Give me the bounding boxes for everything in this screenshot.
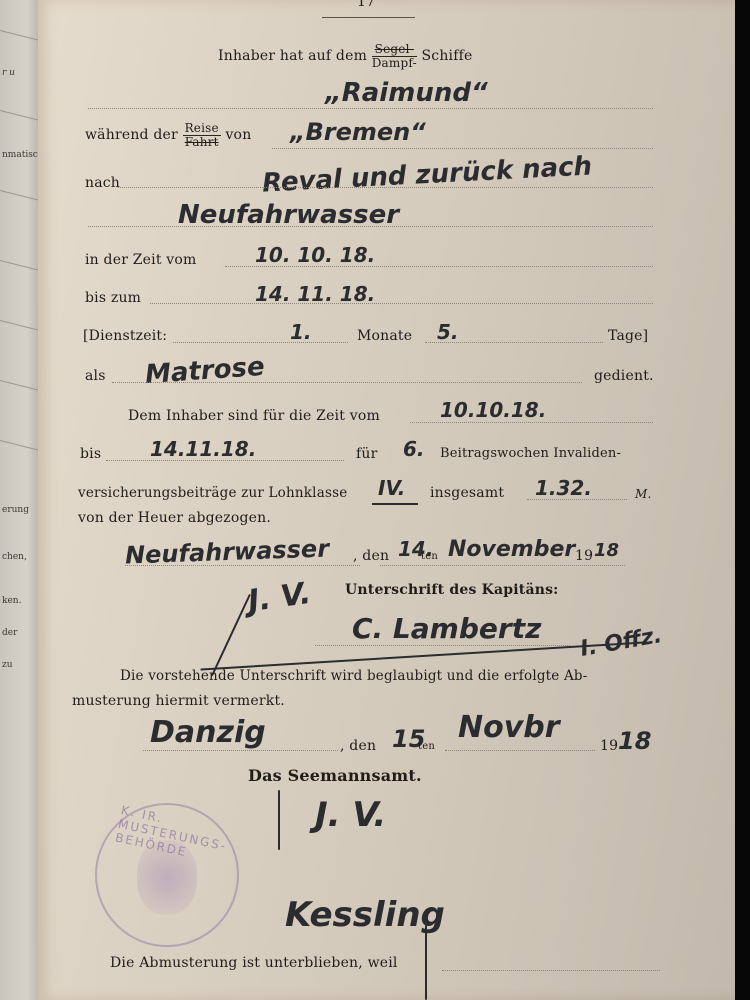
destination-label: nach [85, 175, 120, 191]
service-days-value: 5. [437, 320, 459, 344]
voyage-from-value: „Bremen“ [290, 118, 426, 146]
official-stamp: K. IR. MUSTERUNGS-BEHÖRDE [95, 803, 239, 947]
insurance-class-underline [372, 503, 418, 505]
ship-name: „Raimund“ [325, 78, 488, 108]
not-discharged-dotted-line [442, 970, 660, 971]
voyage-reise: Reise [183, 122, 221, 136]
served-as-suffix: gedient. [594, 368, 654, 384]
facing-page-rule [0, 320, 38, 331]
not-discharged-label: Die Abmusterung ist unterblieben, weil [110, 955, 398, 971]
facing-page-rule [0, 30, 38, 41]
ship-type-prefix: Inhaber hat auf dem [218, 48, 367, 64]
period-to-dotted-line [150, 303, 653, 304]
facing-page-rule [0, 190, 38, 201]
facing-page-edge: r u nmatisch erung chen, ken. der zu [0, 0, 38, 1000]
office-den: , den [340, 738, 376, 754]
captain-signature-label: Unterschrift des Kapitäns: [345, 582, 559, 598]
ship-type-sail: Segel- [372, 43, 417, 57]
captain-signature-dotted-line [315, 645, 570, 646]
voyage-prefix: während der [85, 127, 178, 143]
insurance-class-prefix: versicherungsbeiträge zur Lohnklasse [78, 485, 347, 501]
insurance-deducted: von der Heuer abgezogen. [78, 510, 271, 526]
facing-page-rule [0, 110, 38, 121]
period-to-label: bis zum [85, 290, 141, 306]
service-time-label: [Dienstzeit: [83, 328, 167, 344]
captain-day-suffix: ten [421, 551, 438, 562]
page-number: 17 [357, 0, 375, 10]
insurance-class-value: IV. [378, 476, 405, 500]
service-months-label: Monate [357, 328, 412, 344]
ship-type-steam: Dampf- [372, 56, 417, 70]
certification-line-1: Die vorstehende Unterschrift wird beglau… [120, 668, 588, 684]
destination-dotted-line-2 [88, 226, 653, 227]
service-days-label: Tage] [608, 328, 648, 344]
voyage-line: während der Reise Fahrt von [85, 122, 251, 148]
office-year-suffix: 18 [618, 727, 651, 755]
ship-type-line: Inhaber hat auf dem Segel- Dampf- Schiff… [218, 43, 472, 69]
facing-page-rule [0, 380, 38, 391]
facing-page-text: nmatisch [2, 150, 38, 160]
facing-page-text: chen, [2, 552, 27, 562]
office-month: Novbr [458, 710, 560, 745]
insurance-weeks-label: für [356, 446, 378, 462]
period-from-value: 10. 10. 18. [255, 243, 375, 267]
ship-type-fraction: Segel- Dampf- [372, 43, 417, 69]
certification-line-2: musterung hiermit vermerkt. [72, 693, 285, 709]
service-months-value: 1. [290, 320, 312, 344]
office-title: Das Seemannsamt. [248, 766, 422, 785]
facing-page-rule [0, 260, 38, 271]
insurance-from-value: 10.10.18. [440, 398, 546, 422]
facing-page-text: ken. [2, 596, 21, 606]
period-from-label: in der Zeit vom [85, 252, 197, 268]
voyage-fahrt: Fahrt [185, 135, 219, 149]
voyage-from-dotted-line [272, 148, 653, 149]
header-rule [322, 17, 415, 18]
insurance-to-value: 14.11.18. [150, 437, 256, 461]
insurance-to-dotted-line [106, 460, 344, 461]
ship-type-suffix: Schiffe [421, 48, 472, 64]
insurance-total-label: insgesamt [430, 485, 504, 501]
office-month-dotted-line [445, 750, 595, 751]
insurance-intro: Dem Inhaber sind für die Zeit vom [128, 408, 380, 424]
insurance-total-dotted-line [527, 499, 627, 500]
office-iv-stroke [278, 790, 280, 850]
office-signature-stroke [425, 925, 427, 1000]
office-signature: Kessling [285, 895, 445, 935]
facing-page-rule [0, 440, 38, 451]
office-year-prefix: 19 [600, 738, 618, 754]
captain-place-dotted-line [125, 565, 360, 566]
period-from-dotted-line [225, 266, 653, 267]
office-iv: J. V. [315, 795, 386, 835]
captain-signature: C. Lambertz [352, 612, 541, 645]
insurance-weeks-suffix: Beitragswochen Invaliden- [440, 446, 621, 461]
ship-name-dotted-line [88, 108, 653, 109]
destination-dotted-line [118, 187, 653, 188]
office-day-suffix: ten [418, 741, 435, 752]
served-as-dotted-line [112, 382, 582, 383]
insurance-total-value: 1.32. [535, 476, 592, 500]
captain-date-dotted-line [380, 565, 625, 566]
insurance-from-dotted-line [410, 422, 653, 423]
captain-year-suffix: 18 [594, 540, 619, 561]
facing-page-text: der [2, 628, 17, 638]
insurance-weeks-value: 6. [403, 437, 425, 461]
captain-den: , den [353, 548, 389, 564]
service-months-dotted-line [173, 342, 348, 343]
facing-page-text: erung [2, 505, 29, 515]
served-as-label: als [85, 368, 106, 384]
voyage-from-label: von [225, 127, 251, 143]
voyage-fraction: Reise Fahrt [183, 122, 221, 148]
insurance-currency: M. [635, 487, 652, 501]
captain-year-prefix: 19 [575, 548, 593, 564]
captain-month: November [448, 537, 575, 562]
insurance-to-label: bis [80, 446, 101, 462]
office-place: Danzig [150, 715, 266, 750]
background-edge [735, 0, 750, 1000]
facing-page-text: zu [2, 660, 13, 670]
facing-page-text: r u [2, 68, 15, 78]
service-days-dotted-line [425, 342, 603, 343]
office-place-dotted-line [143, 750, 338, 751]
